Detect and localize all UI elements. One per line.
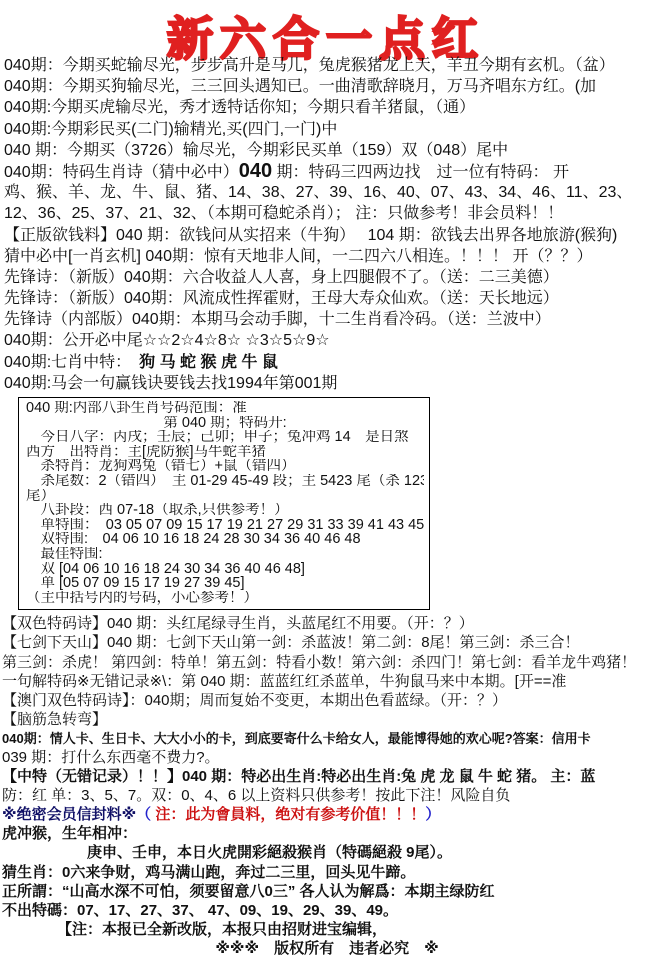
text-line: 不出特碼：07、17、27、37、 47、09、19、29、39、49。 [2, 901, 652, 920]
text-run: 【中特（无错记录）！！】040 期：特必出生肖:特必出生肖:兔 虎 龙 鼠 牛 … [2, 768, 595, 785]
text-run: 虎冲猴，生年相冲： [2, 825, 137, 842]
text-run: 狗 马 蛇 猴 虎 牛 鼠 [139, 354, 278, 371]
tip-sheet-page: 新六合一点红 040期：今期买蛇输尽光，步步高升是马儿，兔虎猴猪龙上天，羊丑今期… [0, 0, 652, 959]
text-run: 【正版欲钱料】040 期：欲钱问从实招来（牛狗） 104 期：欲钱去出界各地旅游… [4, 227, 617, 244]
text-run: 【七剑下天山】040 期：七剑下天山第一剑：杀蓝波！第二剑：8尾！第三剑：杀三合… [2, 634, 580, 651]
bottom-text-section: 【双色特码诗】040 期：头红尾绿寻生肖，头蓝尾红不用要。（开：？）【七剑下天山… [0, 614, 652, 958]
text-run: 先锋诗（内部版）040期：本期马会动手脚，十二生肖看冷码。（送：兰波中） [4, 311, 551, 328]
text-run: 今日八字：丙戌；壬辰；己卯；甲子；兔冲鸡 14 是日煞 [26, 430, 409, 445]
text-run: 单特围： 03 05 07 09 15 17 19 21 27 29 31 33… [26, 518, 424, 533]
text-line: 039 期：打什么东西毫不费力?。 [2, 748, 652, 767]
text-run: 期：特码三四两边找 过一位有特码： 开 [272, 164, 569, 181]
text-run: ※绝密会员信封料※ [2, 806, 136, 823]
text-line: 【七剑下天山】040 期：七剑下天山第一剑：杀蓝波！第二剑：8尾！第三剑：杀三合… [2, 633, 652, 652]
text-line: ※※※ 版权所有 违者必究 ※ [2, 939, 652, 958]
text-line: 040 期:内部八卦生肖号码范围：准 [26, 401, 424, 416]
text-run: 040 [239, 160, 272, 182]
text-line: 先锋诗：（新版）040期：风流成性挥霍财，王母大寿众仙欢。（送：天长地远） [4, 288, 652, 309]
text-line: 040 期：今期买（3726）输尽光，今期彩民买单（159）双（048）尾中 [4, 140, 652, 161]
text-run: 一句解特码※无错记录※\：第 040 期：蓝蓝红红杀蓝单，牛狗鼠马来中本期。[开… [2, 673, 566, 690]
text-line: 040期:今期彩民买(二门)输精光,买(四门,一门)中 [4, 119, 652, 140]
text-line: 防：红 单：3、5、7。双：0、4、6 以上资料只供参考！按此下注！风险自负 [2, 786, 652, 805]
text-run: 040期:马会一句赢钱诀要钱去找1994年第001期 [4, 375, 337, 392]
text-line: 第 040 期；特码开: [26, 416, 424, 431]
text-run: 杀特肖：龙狗鸡兔（错七）+鼠（错四） [26, 459, 295, 474]
text-run: 尾） [26, 489, 55, 504]
text-run: 最佳特围: [26, 547, 103, 562]
text-run: （主中括号内的号码，小心参考！） [26, 591, 258, 606]
text-line: 040期：今期买蛇输尽光，步步高升是马儿，兔虎猴猪龙上天，羊丑今期有玄机。（盆） [4, 55, 652, 76]
text-run: 注：此为會員料，绝对有参考价值！！！ [155, 806, 425, 823]
text-line: 西方 出特肖：主[虎防猴]马牛蛇羊猪 [26, 445, 424, 460]
text-line: 先锋诗（内部版）040期：本期马会动手脚，十二生肖看冷码。（送：兰波中） [4, 309, 652, 330]
text-run: 【脑筋急转弯】 [2, 711, 107, 728]
text-line: （主中括号内的号码，小心参考！） [26, 591, 424, 606]
text-line: 【中特（无错记录）！！】040 期：特必出生肖:特必出生肖:兔 虎 龙 鼠 牛 … [2, 767, 652, 786]
text-line: 单特围： 03 05 07 09 15 17 19 21 27 29 31 33… [26, 518, 424, 533]
text-line: 正所謂：“山高水深不可怕，须要留意八0三” 各人认为解爲：本期主绿防红 [2, 882, 652, 901]
text-run: 【澳门双色特码诗】：040期；周而复始不变更，本期出色看蓝绿。（开：？） [2, 692, 507, 709]
text-line: 040期:今期买虎输尽光，秀才透特话你知；今期只看羊猪鼠，（通） [4, 97, 652, 118]
text-run: 先锋诗：（新版）040期：风流成性挥霍财，王母大寿众仙欢。（送：天长地远） [4, 290, 559, 307]
text-line: 八卦段：西 07-18（取杀,只供参考！） [26, 503, 424, 518]
text-run: 040期:今期买虎输尽光，秀才透特话你知；今期只看羊猪鼠，（通） [4, 99, 475, 116]
text-run: 12、36、25、37、21、32、（本期可稳蛇杀肖）； 注：只做参考！非会员料… [4, 205, 563, 222]
text-run: 040 期:内部八卦生肖号码范围：准 [26, 401, 247, 416]
text-run: 不出特碼：07、17、27、37、 47、09、19、29、39、49。 [2, 902, 398, 919]
text-line: 【注：本报已全新改版，本报只由招财进宝编辑， [2, 920, 652, 939]
text-run: 双 [04 06 10 16 18 24 30 34 36 40 46 48] [26, 562, 305, 577]
text-line: 【脑筋急转弯】 [2, 710, 652, 729]
text-line: 【双色特码诗】040 期：头红尾绿寻生肖，头蓝尾红不用要。（开：？） [2, 614, 652, 633]
text-line: 040期：今期买狗输尽光，三三回头遇知已。一曲清歌辞晓月，万马齐唱东方红。(加 [4, 76, 652, 97]
text-run: 040期:七肖中特： [4, 354, 139, 371]
text-run: 039 期：打什么东西毫不费力?。 [2, 749, 220, 766]
text-line: 040期:七肖中特： 狗 马 蛇 猴 虎 牛 鼠 [4, 352, 652, 373]
text-line: 040期：情人卡、生日卡、大大小小的卡，到底要寄什么卡给女人，最能博得她的欢心呢… [2, 729, 652, 748]
text-run: 040期：特码生肖诗（猜中必中） [4, 164, 239, 181]
text-line: 最佳特围: [26, 547, 424, 562]
text-line: 【正版欲钱料】040 期：欲钱问从实招来（牛狗） 104 期：欲钱去出界各地旅游… [4, 225, 652, 246]
page-title: 新六合一点红 [0, 0, 652, 55]
text-line: 12、36、25、37、21、32、（本期可稳蛇杀肖）； 注：只做参考！非会员料… [4, 203, 652, 224]
text-run: 第三剑：杀虎！ 第四剑：特单！第五剑：特看小数！第六剑：杀四门！第七剑：看羊龙牛… [2, 654, 636, 671]
text-run: 先锋诗：（新版）040期：六合收益人人喜，身上四腿假不了。（送：二三美德） [4, 269, 559, 286]
text-run: 杀尾数：2（错四） 主 01-29 45-49 段；主 5423 尾（杀 123 [26, 474, 424, 489]
text-run: 正所謂：“山高水深不可怕，须要留意八0三” 各人认为解爲：本期主绿防红 [2, 883, 495, 900]
text-line: 040期：公开必中尾☆☆2☆4☆8☆ ☆3☆5☆9☆ [4, 330, 652, 351]
text-run: 西方 出特肖：主[虎防猴]马牛蛇羊猪 [26, 445, 266, 460]
text-line: 庚申、壬申，本日火虎開彩絕殺猴肖（特碼絕殺 9尾）。 [2, 843, 652, 862]
text-run: 防：红 单：3、5、7。双：0、4、6 以上资料只供参考！按此下注！风险自负 [2, 787, 510, 804]
text-run: ※※※ 版权所有 违者必究 ※ [215, 940, 438, 957]
text-run: 040期：公开必中尾☆☆2☆4☆8☆ ☆3☆5☆9☆ [4, 332, 330, 349]
text-run: 040期：今期买蛇输尽光，步步高升是马儿，兔虎猴猪龙上天，羊丑今期有玄机。（盆） [4, 57, 615, 74]
bagua-box: 040 期:内部八卦生肖号码范围：准第 040 期；特码开: 今日八字：丙戌；壬… [18, 397, 430, 610]
text-run: （ [136, 806, 155, 823]
top-text-section: 040期：今期买蛇输尽光，步步高升是马儿，兔虎猴猪龙上天，羊丑今期有玄机。（盆）… [0, 55, 652, 394]
text-run: 猜中必中[一肖玄机] 040期：惊有天地非人间，一二四六八相连。！！！ 开（？？… [4, 248, 592, 265]
bagua-box-lines: 040 期:内部八卦生肖号码范围：准第 040 期；特码开: 今日八字：丙戌；壬… [26, 401, 424, 605]
text-run: 双特围: 04 06 10 16 18 24 28 30 34 36 40 46… [26, 532, 361, 547]
text-run: 猜生肖：0六来争财，鸡马满山跑，奔过二三里，回头见牛蹄。 [2, 864, 415, 881]
text-line: 鸡、猴、羊、龙、牛、鼠、猪、14、38、27、39、16、40、07、43、34… [4, 182, 652, 203]
text-line: 第三剑：杀虎！ 第四剑：特单！第五剑：特看小数！第六剑：杀四门！第七剑：看羊龙牛… [2, 653, 652, 672]
text-run: 鸡、猴、羊、龙、牛、鼠、猪、14、38、27、39、16、40、07、43、34… [4, 184, 632, 201]
text-line: 杀尾数：2（错四） 主 01-29 45-49 段；主 5423 尾（杀 123 [26, 474, 424, 489]
text-line: 单 [05 07 09 15 17 19 27 39 45] [26, 576, 424, 591]
text-line: 040期:马会一句赢钱诀要钱去找1994年第001期 [4, 373, 652, 394]
text-line: 尾） [26, 489, 424, 504]
text-line: 先锋诗：（新版）040期：六合收益人人喜，身上四腿假不了。（送：二三美德） [4, 267, 652, 288]
text-run: 040期:今期彩民买(二门)输精光,买(四门,一门)中 [4, 121, 337, 138]
text-line: 040期：特码生肖诗（猜中必中）040 期：特码三四两边找 过一位有特码： 开 [4, 161, 652, 182]
text-run: ） [425, 806, 440, 823]
text-line: 双特围: 04 06 10 16 18 24 28 30 34 36 40 46… [26, 532, 424, 547]
text-run: 040期：情人卡、生日卡、大大小小的卡，到底要寄什么卡给女人，最能博得她的欢心呢… [2, 731, 591, 746]
text-run: 040 期：今期买（3726）输尽光，今期彩民买单（159）双（048）尾中 [4, 142, 508, 159]
text-line: 一句解特码※无错记录※\：第 040 期：蓝蓝红红杀蓝单，牛狗鼠马来中本期。[开… [2, 672, 652, 691]
text-line: 猜中必中[一肖玄机] 040期：惊有天地非人间，一二四六八相连。！！！ 开（？？… [4, 246, 652, 267]
text-run: 【双色特码诗】040 期：头红尾绿寻生肖，头蓝尾红不用要。（开：？） [2, 615, 474, 632]
text-line: 双 [04 06 10 16 18 24 30 34 36 40 46 48] [26, 562, 424, 577]
text-run: 八卦段：西 07-18（取杀,只供参考！） [26, 503, 289, 518]
text-line: ※绝密会员信封料※（ 注：此为會員料，绝对有参考价值！！！） [2, 805, 652, 824]
text-line: 杀特肖：龙狗鸡兔（错七）+鼠（错四） [26, 459, 424, 474]
text-line: 【澳门双色特码诗】：040期；周而复始不变更，本期出色看蓝绿。（开：？） [2, 691, 652, 710]
text-run: 040期：今期买狗输尽光，三三回头遇知已。一曲清歌辞晓月，万马齐唱东方红。(加 [4, 78, 596, 95]
text-line: 猜生肖：0六来争财，鸡马满山跑，奔过二三里，回头见牛蹄。 [2, 863, 652, 882]
text-run: 【注：本报已全新改版，本报只由招财进宝编辑， [57, 921, 387, 938]
text-run: 庚申、壬申，本日火虎開彩絕殺猴肖（特碼絕殺 9尾）。 [87, 844, 452, 861]
text-line: 虎冲猴，生年相冲： [2, 824, 652, 843]
text-run: 第 040 期；特码开: [163, 416, 286, 431]
text-line: 今日八字：丙戌；壬辰；己卯；甲子；兔冲鸡 14 是日煞 [26, 430, 424, 445]
text-run: 单 [05 07 09 15 17 19 27 39 45] [26, 576, 244, 591]
